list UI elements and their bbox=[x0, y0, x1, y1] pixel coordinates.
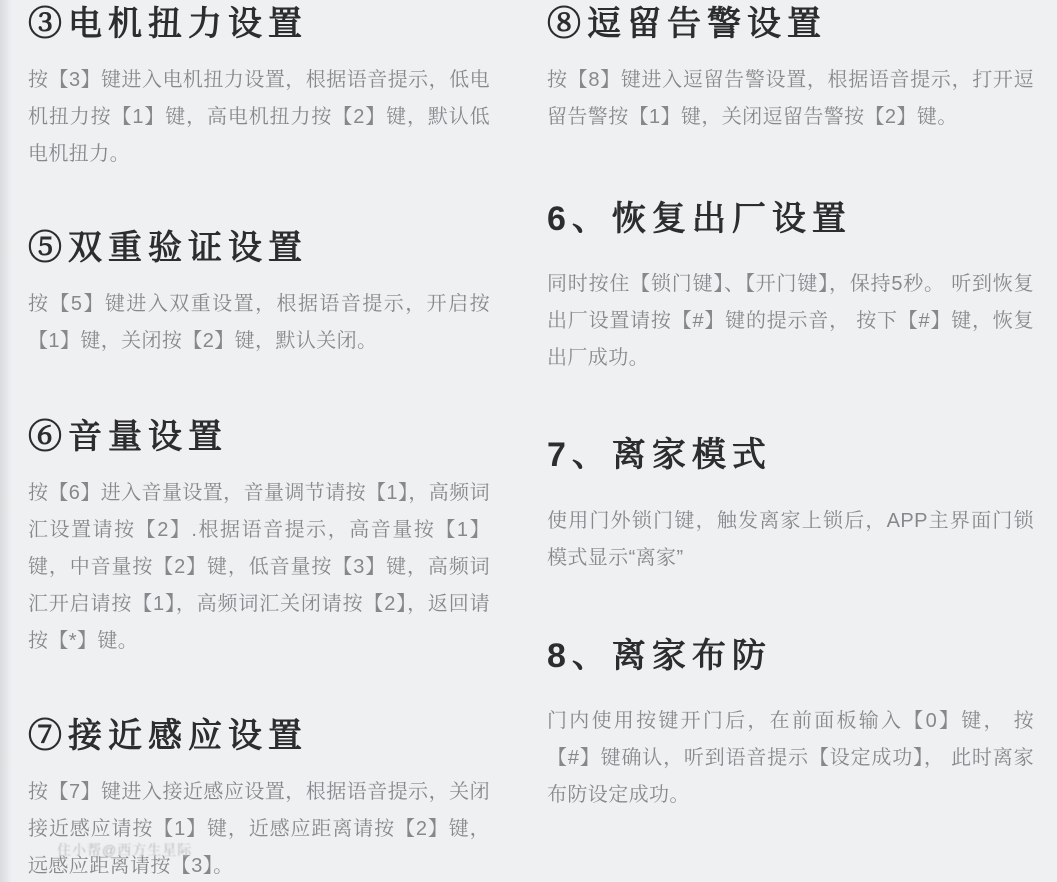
section-body-away-mode: 使用门外锁门键，触发离家上锁后，APP主界面门锁模式显示“离家” bbox=[547, 503, 1034, 577]
section-heading-factory-reset: 6、恢复出厂设置 bbox=[547, 199, 1034, 239]
section-motor-torque: ③电机扭力设置 按【3】键进入电机扭力设置，根据语音提示，低电机扭力按【1】键，… bbox=[28, 4, 490, 173]
section-away-arming: 8、离家布防 门内使用按键开门后，在前面板输入【0】键， 按【#】键确认，听到语… bbox=[547, 636, 1034, 814]
section-factory-reset: 6、恢复出厂设置 同时按住【锁门键】、【开门键】，保持5秒。 听到恢复出厂设置请… bbox=[547, 199, 1034, 377]
section-heading-away-mode: 7、离家模式 bbox=[547, 435, 1034, 475]
section-body-volume: 按【6】进入音量设置，音量调节请按【1】，高频词汇设置请按【2】.根据语音提示，… bbox=[28, 475, 490, 660]
section-proximity-sensing: ⑦接近感应设置 按【7】键进入接近感应设置，根据语音提示，关闭接近感应请按【1】… bbox=[28, 716, 490, 882]
left-edge-shade bbox=[0, 0, 12, 882]
section-body-dual-verification: 按【5】键进入双重设置，根据语音提示，开启按【1】键，关闭按【2】键，默认关闭。 bbox=[28, 286, 490, 360]
section-body-motor-torque: 按【3】键进入电机扭力设置，根据语音提示，低电机扭力按【1】键，高电机扭力按【2… bbox=[28, 62, 490, 173]
section-loiter-alarm: ⑧逗留告警设置 按【8】键进入逗留告警设置，根据语音提示，打开逗留告警按【1】键… bbox=[547, 4, 1034, 136]
section-heading-proximity-sensing: ⑦接近感应设置 bbox=[28, 716, 490, 756]
section-body-loiter-alarm: 按【8】键进入逗留告警设置，根据语音提示，打开逗留告警按【1】键，关闭逗留告警按… bbox=[547, 62, 1034, 136]
manual-column-left: ③电机扭力设置 按【3】键进入电机扭力设置，根据语音提示，低电机扭力按【1】键，… bbox=[28, 0, 490, 882]
section-heading-away-arming: 8、离家布防 bbox=[547, 636, 1034, 676]
section-heading-motor-torque: ③电机扭力设置 bbox=[28, 4, 490, 44]
section-body-proximity-sensing: 按【7】键进入接近感应设置，根据语音提示，关闭接近感应请按【1】键，近感应距离请… bbox=[28, 774, 490, 882]
section-heading-loiter-alarm: ⑧逗留告警设置 bbox=[547, 4, 1034, 44]
section-dual-verification: ⑤双重验证设置 按【5】键进入双重设置，根据语音提示，开启按【1】键，关闭按【2… bbox=[28, 228, 490, 360]
manual-column-right: ⑧逗留告警设置 按【8】键进入逗留告警设置，根据语音提示，打开逗留告警按【1】键… bbox=[547, 0, 1034, 814]
section-volume: ⑥音量设置 按【6】进入音量设置，音量调节请按【1】，高频词汇设置请按【2】.根… bbox=[28, 417, 490, 660]
section-body-away-arming: 门内使用按键开门后，在前面板输入【0】键， 按【#】键确认，听到语音提示【设定成… bbox=[547, 703, 1034, 814]
section-body-factory-reset: 同时按住【锁门键】、【开门键】，保持5秒。 听到恢复出厂设置请按【#】键的提示音… bbox=[547, 266, 1034, 377]
section-away-mode: 7、离家模式 使用门外锁门键，触发离家上锁后，APP主界面门锁模式显示“离家” bbox=[547, 435, 1034, 577]
section-heading-volume: ⑥音量设置 bbox=[28, 417, 490, 457]
section-heading-dual-verification: ⑤双重验证设置 bbox=[28, 228, 490, 268]
